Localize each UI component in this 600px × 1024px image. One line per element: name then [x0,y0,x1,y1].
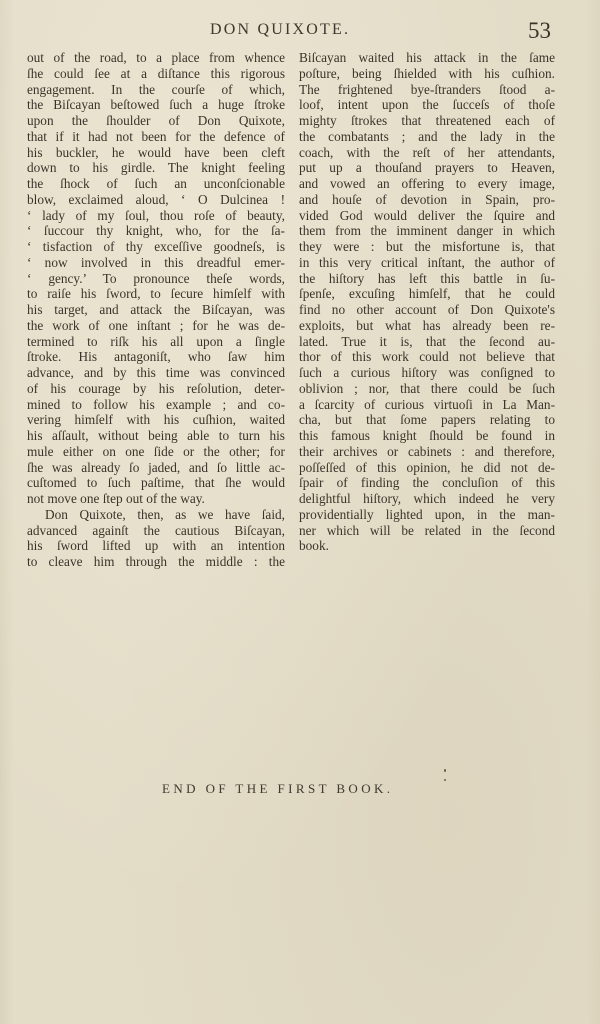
text-line: thor of this work could not believe that [299,349,555,365]
text-line: ſpenſe, excuſing himſelf, that he could [299,286,555,302]
text-line: to cleave him through the middle : the [27,554,285,570]
text-line: termined to riſk his all upon a ſingle [27,334,285,350]
text-line: not move one ſtep out of the way. [27,491,285,507]
book-page: DON QUIXOTE. 53 out of the road, to a pl… [0,0,600,1024]
text-line: mule either on one ſide or the other; fo… [27,444,285,460]
text-line: his ſword lifted up with an intention [27,538,285,554]
text-line: vided God would deliver the ſquire and [299,208,555,224]
text-line: poſture, being ſhielded with his cuſhion… [299,66,555,82]
text-line: a ſcarcity of curious virtuoſi in La Man… [299,397,555,413]
text-line: the ſhock of ſuch an unconſcionable [27,176,285,192]
text-line: their archives or cabinets : and therefo… [299,444,555,460]
text-line: coach, with the reſt of her attendants, [299,145,555,161]
text-line: out of the road, to a place from whence [27,50,285,66]
text-line: the Biſcayan beſtowed ſuch a huge ſtroke [27,97,285,113]
text-line: ‘ ſuccour thy knight, who, for the ſa- [27,223,285,239]
right-column: Biſcayan waited his attack in the ſame p… [299,50,555,554]
text-line: delightful hiſtory, which indeed he very [299,491,555,507]
text-line: ‘ tisfaction of thy exceſſive goodneſs, … [27,239,285,255]
text-line: poſſeſſed of this opinion, he did not de… [299,460,555,476]
text-line: loof, intent upon the ſucceſs of thoſe [299,97,555,113]
text-line: the hiſtory has left this battle in ſu- [299,271,555,287]
text-line: cuſtomed to ſuch paſtime, that ſhe would [27,475,285,491]
text-line: providentially lighted upon, in the man- [299,507,555,523]
text-line: down to his girdle. The knight feeling [27,160,285,176]
text-line: exploits, but what has already been re- [299,318,555,334]
text-line: his aſſault, without being able to turn … [27,428,285,444]
page-number: 53 [528,18,551,44]
text-line: in this very critical inſtant, the autho… [299,255,555,271]
text-line: ‘ lady of my ſoul, thou roſe of beauty, [27,208,285,224]
text-line: ‘ gency.’ To pronounce theſe words, [27,271,285,287]
running-head: DON QUIXOTE. 53 [0,18,600,48]
text-line: ner which will be related in the ſecond [299,523,555,539]
text-line: ſuch a curious hiſtory was conſigned to [299,365,555,381]
text-line: the combatants ; and the lady in the [299,129,555,145]
text-line: and houſe of devotion in Spain, pro- [299,192,555,208]
text-line: ſhe could ſee at a diſtance this rigorou… [27,66,285,82]
text-line: advanced againſt the cautious Biſcayan, [27,523,285,539]
text-line: his target, and attack the Biſcayan, was [27,302,285,318]
text-line: they were : but the misfortune is, that [299,239,555,255]
text-line: the work of one inſtant ; for he was de- [27,318,285,334]
text-line: ſtroke. His antagoniſt, who ſaw him [27,349,285,365]
text-line: oblivion ; nor, that there could be ſuch [299,381,555,397]
text-line: them from the imminent danger in which [299,223,555,239]
text-line: upon the ſhoulder of Don Quixote, [27,113,285,129]
ink-speck [444,779,446,781]
ink-speck [444,769,446,772]
text-line: cha, but that ſome papers relating to [299,412,555,428]
text-line: Biſcayan waited his attack in the ſame [299,50,555,66]
text-line: blow, exclaimed aloud, ‘ O Dulcinea ! [27,192,285,208]
text-line: of his courage by his reſolution, deter- [27,381,285,397]
text-line: mined to follow his example ; and co- [27,397,285,413]
text-line: find no other account of Don Quixote's [299,302,555,318]
text-line: put up a thouſand prayers to Heaven, [299,160,555,176]
text-line: mighty ſtrokes that threatened each of [299,113,555,129]
end-of-book-note: END OF THE FIRST BOOK. [162,781,393,797]
text-line: engagement. In the courſe of which, [27,82,285,98]
text-line: to raiſe his ſword, to ſecure himſelf wi… [27,286,285,302]
text-line: lated. True it is, that the ſecond au- [299,334,555,350]
text-line: ‘ now involved in this dreadful emer- [27,255,285,271]
text-line: The frightened bye-ſtranders ſtood a- [299,82,555,98]
text-line: advance, and by this time was convinced [27,365,285,381]
running-title: DON QUIXOTE. [210,21,350,39]
paragraph-start-line: Don Quixote, then, as we have ſaid, [27,507,285,523]
text-line: ſpair of finding the concluſion of this [299,475,555,491]
text-line: and vowed an offering to every image, [299,176,555,192]
left-column: out of the road, to a place from whence … [27,50,285,570]
text-line: that if it had not been for the defence … [27,129,285,145]
text-line: book. [299,538,555,554]
text-line: this famous knight ſhould be found in [299,428,555,444]
text-line: ſhe was already ſo jaded, and ſo little … [27,460,285,476]
text-line: his buckler, he would have been cleft [27,145,285,161]
text-line: vering himſelf with his cuſhion, waited [27,412,285,428]
